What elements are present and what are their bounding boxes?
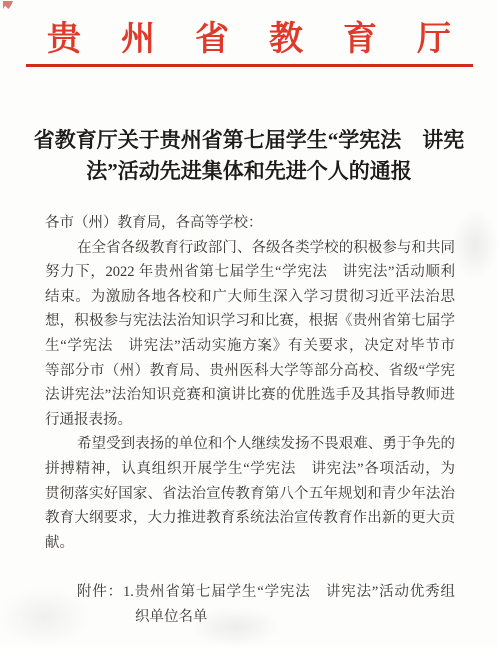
body-line: 希望受到表扬的单位和个人继续发扬不畏艰难、勇于争先的 [45, 432, 455, 457]
document-title: 省教育厅关于贵州省第七届学生“学宪法 讲宪 法”活动先进集体和先进个人的通报 [28, 125, 470, 187]
body-line: 在全省各级教育行政部门、各级各类学校的积极参与和共同 [45, 236, 455, 261]
body-line: 贯彻落实好国家、省法治宣传教育第八个五年规划和青少年法治 [45, 482, 455, 507]
body-line: 努力下，2022 年贵州省第七届学生“学宪法 讲宪法”活动顺利 [45, 260, 455, 285]
body-line: 拼搏精神，认真组织开展学生“学宪法 讲宪法”各项活动，为 [45, 457, 455, 482]
body-line: 想，积极参与宪法法治知识学习和比赛，根据《贵州省第七届学 [45, 309, 455, 334]
scan-smudge [452, 210, 498, 280]
body-line: 献。 [45, 531, 455, 556]
salutation-line: 各市（州）教育局，各高等学校： [45, 211, 455, 236]
agency-letterhead: 贵州省教育厅 [0, 0, 498, 59]
attachment-line: 织单位名单 [45, 605, 455, 630]
document-title-line: 省教育厅关于贵州省第七届学生“学宪法 讲宪 [28, 125, 470, 156]
document-title-line: 法”活动先进集体和先进个人的通报 [28, 156, 470, 187]
body-line: 行通报表扬。 [45, 408, 455, 433]
body-line: 生“学宪法 讲宪法”活动实施方案》有关要求，决定对毕节市 [45, 334, 455, 359]
letterhead-divider [26, 64, 473, 67]
body-line: 教育大纲要求，大力推进教育系统法治宣传教育作出新的更大贡 [45, 506, 455, 531]
body-line: 等部分市（州）教育局、贵州医科大学等部分高校、省级“学宪 [45, 359, 455, 384]
attachment-line: 附件：1.贵州省第七届学生“学宪法 讲宪法”活动优秀组 [45, 580, 455, 605]
document-body: 各市（州）教育局，各高等学校： 在全省各级教育行政部门、各级各类学校的积极参与和… [45, 211, 455, 630]
body-line: 结束。为激励各地各校和广大师生深入学习贯彻习近平法治思 [45, 285, 455, 310]
paragraph-gap [45, 555, 455, 580]
body-line: 法讲宪法”法治知识竞赛和演讲比赛的优胜选手及其指导教师进 [45, 383, 455, 408]
document-page: 贵州省教育厅 省教育厅关于贵州省第七届学生“学宪法 讲宪 法”活动先进集体和先进… [0, 0, 498, 647]
